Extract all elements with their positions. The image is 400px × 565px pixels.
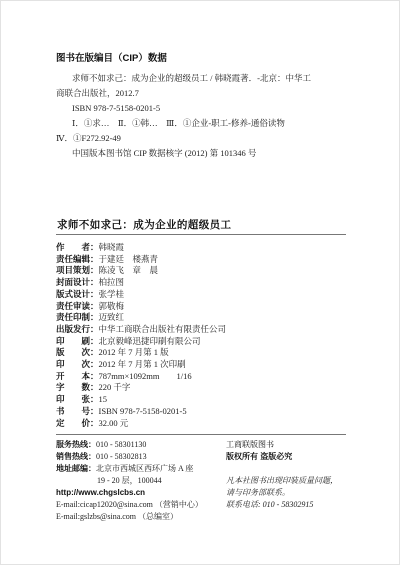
word-count-row: 字 数：220 千字 <box>56 382 350 394</box>
layout-design-row: 版式设计：张学桂 <box>56 289 350 301</box>
footer-rights-block: 工商联版图书 版权所有 盗版必究 凡本社图书出现印装质量问题， 请与印务部联系。… <box>226 439 351 511</box>
publisher-website: http://www.chgslcbs.cn <box>56 487 224 499</box>
project-planning-row: 项目策划：陈凌飞 章 晨 <box>56 265 350 277</box>
impression-row: 印 次：2012 年 7 月第 1 次印刷 <box>56 359 350 371</box>
format-row: 开 本：787mm×1092mm 1/16 <box>56 371 350 383</box>
edition-row: 版 次：2012 年 7 月第 1 版 <box>56 347 350 359</box>
service-hotline-row: 服务热线：010 - 58301130 <box>56 439 224 451</box>
brand-line: 工商联版图书 <box>226 439 351 451</box>
printer-row: 印 刷：北京毅峰迅捷印刷有限公司 <box>56 336 350 348</box>
footer-contact-block: 服务热线：010 - 58301130 销售热线：010 - 58302813 … <box>56 439 224 523</box>
price-row: 定 价：32.00 元 <box>56 418 350 430</box>
title-divider <box>56 234 346 235</box>
cover-design-row: 封面设计：柏拉图 <box>56 277 350 289</box>
address-line2: 19 - 20 层，100044 <box>56 475 224 487</box>
marketing-email: E-mail:cicap12020@sina.com （营销中心） <box>56 499 224 511</box>
sales-hotline-row: 销售热线：010 - 58302813 <box>56 451 224 463</box>
cip-entry-line2: 商联合出版社，2012.7 <box>56 86 350 101</box>
colophon-block: 作 者：韩晓霞 责任编辑：于建廷 楼燕青 项目策划：陈凌飞 章 晨 封面设计：柏… <box>56 242 350 429</box>
address-row: 地址邮编：北京市西城区西环广场 A 座 <box>56 463 224 475</box>
editor-row: 责任编辑：于建廷 楼燕青 <box>56 254 350 266</box>
copyright-page: 图书在版编目（CIP）数据 求师不如求己：成为企业的超级员工 / 韩晓霞著．-北… <box>0 0 400 565</box>
publisher-row: 出版发行：中华工商联合出版社有限责任公司 <box>56 324 350 336</box>
author-row: 作 者：韩晓霞 <box>56 242 350 254</box>
page-title: 求师不如求己：成为企业的超级员工 <box>57 217 347 232</box>
footer-divider <box>56 434 346 435</box>
copyright-notice: 版权所有 盗版必究 <box>226 451 351 463</box>
editorial-email: E-mail:gslzbs@sina.com （总编室） <box>56 511 224 523</box>
cip-classification-line1: Ⅰ．①求… Ⅱ．①韩… Ⅲ．①企业-职工-修养-通俗读物 <box>56 116 350 131</box>
cip-header: 图书在版编目（CIP）数据 <box>56 51 350 66</box>
cip-isbn: ISBN 978-7-5158-0201-5 <box>56 101 350 116</box>
cip-record-number: 中国版本图书馆 CIP 数据核字 (2012) 第 101346 号 <box>56 146 350 161</box>
proofreader-row: 责任审读：郭敬梅 <box>56 301 350 313</box>
printing-contact-phone: 联系电话: 010 - 58302915 <box>226 499 351 511</box>
quality-notice-line2: 请与印务部联系。 <box>226 487 351 499</box>
book-number-row: 书 号：ISBN 978-7-5158-0201-5 <box>56 406 350 418</box>
cip-entry-line1: 求师不如求己：成为企业的超级员工 / 韩晓霞著．-北京：中华工 <box>56 71 350 86</box>
sheets-row: 印 张：15 <box>56 394 350 406</box>
quality-notice-line1: 凡本社图书出现印装质量问题， <box>226 475 351 487</box>
cip-classification-line2: Ⅳ．①F272.92-49 <box>56 131 350 146</box>
cip-block: 图书在版编目（CIP）数据 求师不如求己：成为企业的超级员工 / 韩晓霞著．-北… <box>56 51 350 161</box>
print-supervisor-row: 责任印制：迈致红 <box>56 312 350 324</box>
